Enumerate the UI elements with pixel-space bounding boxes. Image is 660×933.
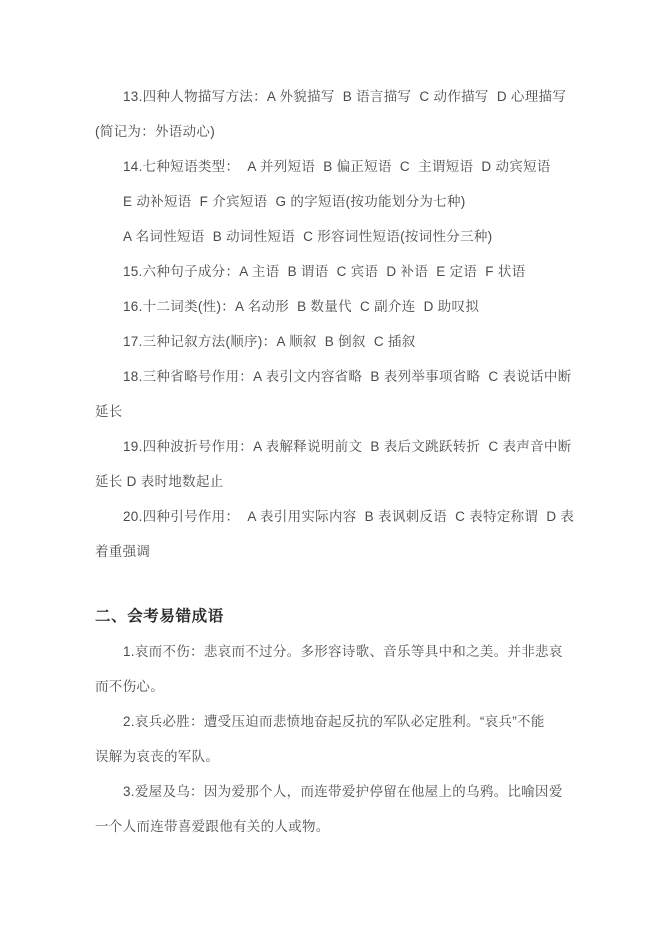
text-line: A 名词性短语 B 动词性短语 C 形容词性短语(按词性分三种) bbox=[95, 219, 575, 254]
text-line: (简记为：外语动心) bbox=[95, 114, 575, 149]
text-line: 19.四种波折号作用：A 表解释说明前文 B 表后文跳跃转折 C 表声音中断 bbox=[95, 429, 575, 464]
text-line: 17.三种记叙方法(顺序)：A 顺叙 B 倒叙 C 插叙 bbox=[95, 324, 575, 359]
document-page: 13.四种人物描写方法：A 外貌描写 B 语言描写 C 动作描写 D 心理描写(… bbox=[0, 0, 660, 933]
section-gap bbox=[95, 569, 575, 599]
text-line: 18.三种省略号作用：A 表引文内容省略 B 表列举事项省略 C 表说话中断 bbox=[95, 359, 575, 394]
text-line: 20.四种引号作用： A 表引用实际内容 B 表讽刺反语 C 表特定称谓 D 表 bbox=[95, 499, 575, 534]
section-heading: 二、会考易错成语 bbox=[95, 599, 575, 634]
text-line: E 动补短语 F 介宾短语 G 的字短语(按功能划分为七种) bbox=[95, 184, 575, 219]
text-line: 14.七种短语类型： A 并列短语 B 偏正短语 C 主谓短语 D 动宾短语 bbox=[95, 149, 575, 184]
text-line: 着重强调 bbox=[95, 534, 575, 569]
text-line: 16.十二词类(性)：A 名动形 B 数量代 C 副介连 D 助叹拟 bbox=[95, 289, 575, 324]
text-line: 一个人而连带喜爱跟他有关的人或物。 bbox=[95, 809, 575, 844]
text-line: 延长 D 表时地数起止 bbox=[95, 464, 575, 499]
text-line: 15.六种句子成分：A 主语 B 谓语 C 宾语 D 补语 E 定语 F 状语 bbox=[95, 254, 575, 289]
text-line: 1.哀而不伤：悲哀而不过分。多形容诗歌、音乐等具中和之美。并非悲哀 bbox=[95, 634, 575, 669]
text-line: 误解为哀丧的军队。 bbox=[95, 739, 575, 774]
study-notes-list: 13.四种人物描写方法：A 外貌描写 B 语言描写 C 动作描写 D 心理描写(… bbox=[95, 79, 575, 569]
document-content: 13.四种人物描写方法：A 外貌描写 B 语言描写 C 动作描写 D 心理描写(… bbox=[95, 79, 575, 844]
text-line: 2.哀兵必胜：遭受压迫而悲愤地奋起反抗的军队必定胜利。“哀兵”不能 bbox=[95, 704, 575, 739]
idiom-list: 1.哀而不伤：悲哀而不过分。多形容诗歌、音乐等具中和之美。并非悲哀而不伤心。2.… bbox=[95, 634, 575, 844]
text-line: 延长 bbox=[95, 394, 575, 429]
text-line: 而不伤心。 bbox=[95, 669, 575, 704]
text-line: 13.四种人物描写方法：A 外貌描写 B 语言描写 C 动作描写 D 心理描写 bbox=[95, 79, 575, 114]
text-line: 3.爱屋及乌：因为爱那个人，而连带爱护停留在他屋上的乌鸦。比喻因爱 bbox=[95, 774, 575, 809]
